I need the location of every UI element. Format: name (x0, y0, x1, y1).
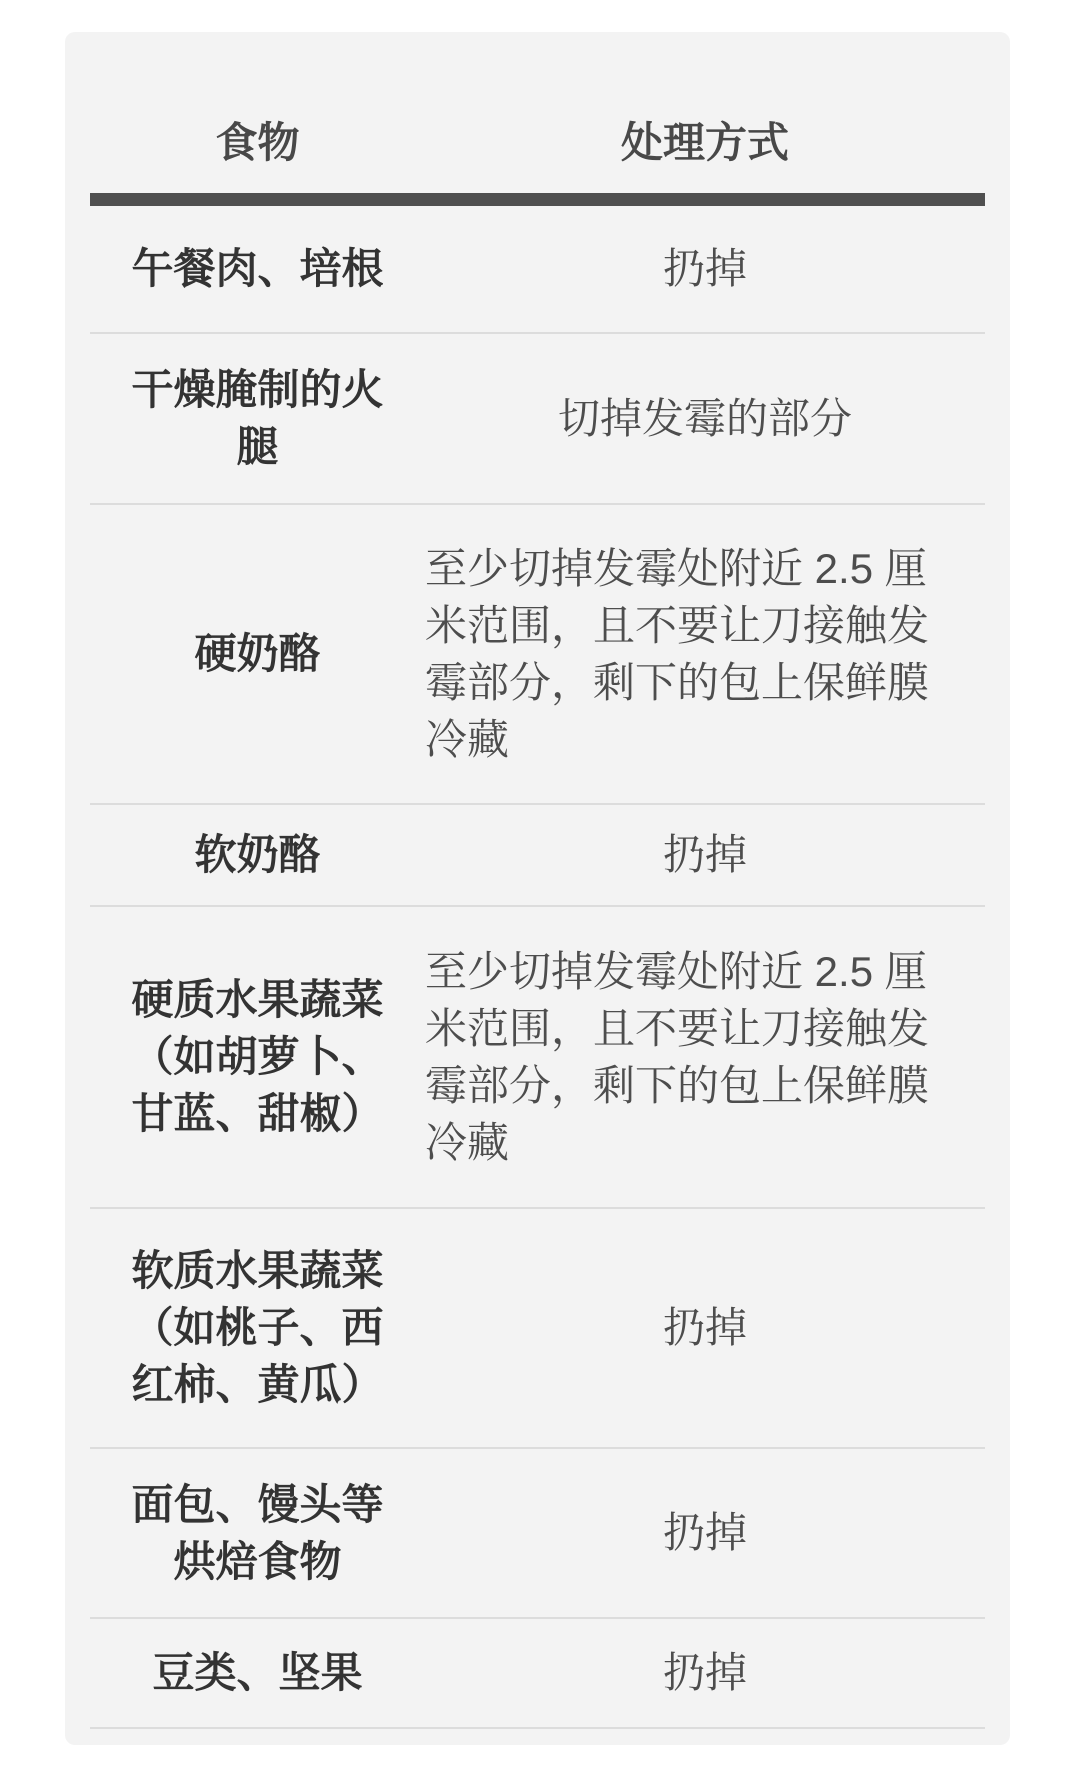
food-cell: 软奶酪 (90, 804, 425, 906)
action-cell: 至少切掉发霉处附近 2.5 厘 米范围，且不要让刀接触发 霉部分，剩下的包上保鲜… (425, 906, 985, 1208)
action-cell: 扔掉 (425, 1448, 985, 1618)
action-cell: 扔掉 (425, 200, 985, 333)
food-cell: 面包、馒头等 烘焙食物 (90, 1448, 425, 1618)
table-row: 软奶酪 扔掉 (90, 804, 985, 906)
action-cell: 扔掉 (425, 804, 985, 906)
table-row: 干燥腌制的火 腿 切掉发霉的部分 (90, 333, 985, 504)
food-cell: 软质水果蔬菜 （如桃子、西 红柿、黄瓜） (90, 1208, 425, 1448)
table-row: 硬奶酪 至少切掉发霉处附近 2.5 厘 米范围，且不要让刀接触发 霉部分，剩下的… (90, 504, 985, 804)
table-row: 硬质水果蔬菜 （如胡萝卜、 甘蓝、甜椒） 至少切掉发霉处附近 2.5 厘 米范围… (90, 906, 985, 1208)
table-row: 软质水果蔬菜 （如桃子、西 红柿、黄瓜） 扔掉 (90, 1208, 985, 1448)
food-cell: 干燥腌制的火 腿 (90, 333, 425, 504)
food-handling-table: 食物 处理方式 午餐肉、培根 扔掉 干燥腌制的火 腿 切掉发霉的部分 硬奶酪 至… (90, 32, 985, 1729)
table-row: 豆类、坚果 扔掉 (90, 1618, 985, 1728)
page-background: 食物 处理方式 午餐肉、培根 扔掉 干燥腌制的火 腿 切掉发霉的部分 硬奶酪 至… (0, 0, 1080, 1785)
food-cell: 硬质水果蔬菜 （如胡萝卜、 甘蓝、甜椒） (90, 906, 425, 1208)
food-cell: 午餐肉、培根 (90, 200, 425, 333)
action-cell: 切掉发霉的部分 (425, 333, 985, 504)
table-header-row: 食物 处理方式 (90, 32, 985, 200)
table-row: 面包、馒头等 烘焙食物 扔掉 (90, 1448, 985, 1618)
column-header-food: 食物 (90, 32, 425, 200)
food-cell: 豆类、坚果 (90, 1618, 425, 1728)
column-header-action: 处理方式 (425, 32, 985, 200)
action-cell: 至少切掉发霉处附近 2.5 厘 米范围，且不要让刀接触发 霉部分，剩下的包上保鲜… (425, 504, 985, 804)
food-cell: 硬奶酪 (90, 504, 425, 804)
action-cell: 扔掉 (425, 1618, 985, 1728)
food-mold-handling-card: 食物 处理方式 午餐肉、培根 扔掉 干燥腌制的火 腿 切掉发霉的部分 硬奶酪 至… (65, 32, 1010, 1745)
action-cell: 扔掉 (425, 1208, 985, 1448)
table-row: 午餐肉、培根 扔掉 (90, 200, 985, 333)
